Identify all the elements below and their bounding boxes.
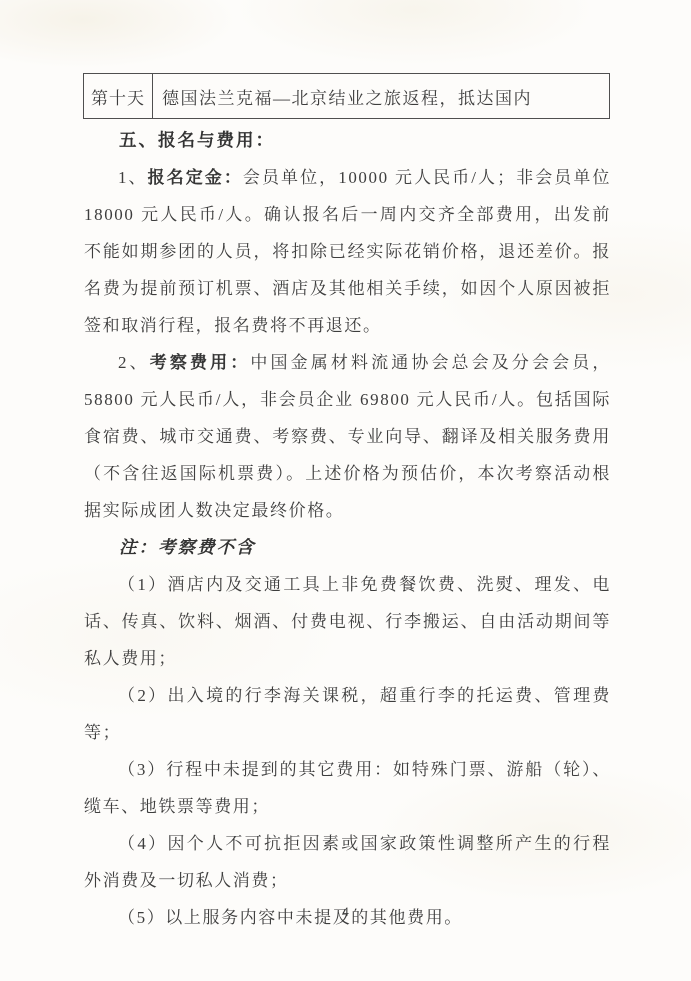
note-heading-label: 注： <box>119 537 158 557</box>
itinerary-table: 第十天 德国法兰克福—北京结业之旅返程，抵达国内 <box>83 73 610 119</box>
note-heading: 注：考察费不含 <box>84 529 611 566</box>
itinerary-description-cell: 德国法兰克福—北京结业之旅返程，抵达国内 <box>153 74 609 118</box>
paragraph-deposit-lead: 1、 <box>118 168 148 187</box>
paragraph-inspection-fee: 2、考察费用：中国金属材料流通协会总会及分会会员，58800 元人民币/人，非会… <box>84 344 611 529</box>
paragraph-inspection-fee-label: 考察费用： <box>150 353 251 372</box>
note-item-2: （2）出入境的行李海关课税，超重行李的托运费、管理费等； <box>84 677 611 751</box>
page-number: 4 <box>0 904 691 920</box>
paragraph-deposit: 1、报名定金：会员单位，10000 元人民币/人；非会员单位 18000 元人民… <box>84 159 611 344</box>
paragraph-deposit-text: 会员单位，10000 元人民币/人；非会员单位 18000 元人民币/人。确认报… <box>84 168 611 335</box>
itinerary-day-cell: 第十天 <box>84 74 153 118</box>
note-item-4: （4）因个人不可抗拒因素或国家政策性调整所产生的行程外消费及一切私人消费； <box>84 825 611 899</box>
document-page: 第十天 德国法兰克福—北京结业之旅返程，抵达国内 五、报名与费用： 1、报名定金… <box>0 0 691 981</box>
note-item-3: （3）行程中未提到的其它费用：如特殊门票、游船（轮）、缆车、地铁票等费用； <box>84 751 611 825</box>
note-heading-title: 考察费不含 <box>158 537 256 557</box>
paragraph-inspection-fee-lead: 2、 <box>118 353 150 372</box>
section-heading: 五、报名与费用： <box>84 122 611 159</box>
note-item-1: （1）酒店内及交通工具上非免费餐饮费、洗熨、理发、电话、传真、饮料、烟酒、付费电… <box>84 566 611 677</box>
paragraph-deposit-label: 报名定金： <box>148 168 243 187</box>
document-body: 五、报名与费用： 1、报名定金：会员单位，10000 元人民币/人；非会员单位 … <box>84 122 611 936</box>
paragraph-inspection-fee-text: 中国金属材料流通协会总会及分会会员，58800 元人民币/人，非会员企业 698… <box>84 353 611 520</box>
